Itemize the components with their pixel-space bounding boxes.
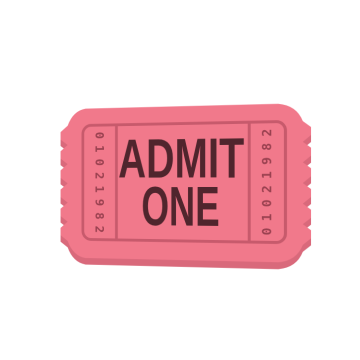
emoji-canvas: 01021982 01021982 ADMIT ONE <box>0 0 360 360</box>
admit-text-line2: ONE <box>141 175 219 238</box>
ticket-icon: 01021982 01021982 ADMIT ONE <box>61 99 311 278</box>
admit-one-ticket: 01021982 01021982 ADMIT ONE <box>61 99 311 278</box>
